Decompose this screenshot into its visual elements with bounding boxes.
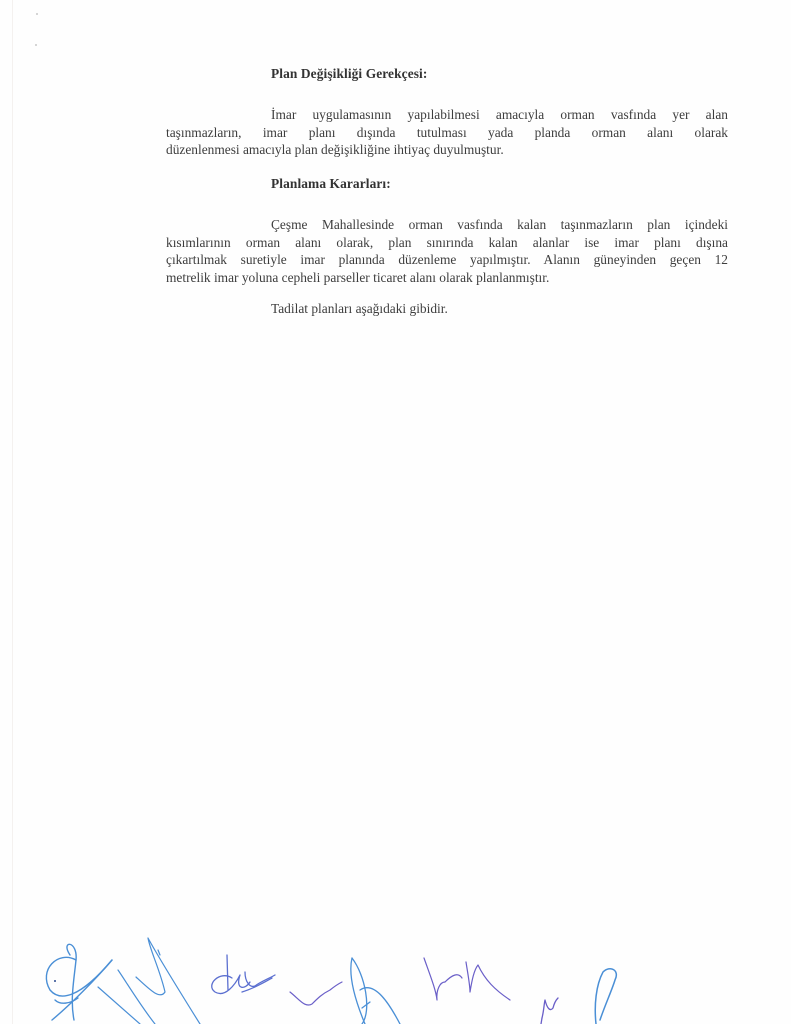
paragraph-line: taşınmazların, imar planı dışında tutulm… bbox=[166, 124, 728, 142]
paragraph-line: metrelik imar yoluna cepheli parseller t… bbox=[166, 269, 728, 287]
signatures-area bbox=[0, 920, 791, 1024]
paragraph-line: Çeşme Mahallesinde orman vasfında kalan … bbox=[166, 216, 728, 234]
section-paragraph-plan-change-rationale: İmar uygulamasının yapılabilmesi amacıyl… bbox=[166, 106, 728, 159]
signature-6 bbox=[424, 958, 510, 1000]
paragraph-line: düzenlenmesi amacıyla plan değişikliğine… bbox=[166, 141, 728, 159]
paragraph-line: İmar uygulamasının yapılabilmesi amacıyl… bbox=[166, 106, 728, 124]
section-paragraph-planning-decisions: Çeşme Mahallesinde orman vasfında kalan … bbox=[166, 216, 728, 286]
signature-7 bbox=[541, 998, 558, 1024]
signature-5 bbox=[351, 958, 400, 1024]
paragraph-line: çıkartılmak suretiyle imar planında düze… bbox=[166, 251, 728, 269]
paragraph-line: kısımlarının orman alanı olarak, plan sı… bbox=[166, 234, 728, 252]
scan-speck bbox=[36, 13, 38, 15]
closing-line: Tadilat planları aşağıdaki gibidir. bbox=[271, 301, 448, 317]
signature-8 bbox=[595, 969, 616, 1024]
signature-1 bbox=[46, 944, 112, 1020]
signature-3 bbox=[212, 955, 275, 994]
section-heading-plan-change-rationale: Plan Değişikliği Gerekçesi: bbox=[271, 66, 427, 82]
scan-speck bbox=[35, 44, 37, 46]
document-page: Plan Değişikliği Gerekçesi: İmar uygulam… bbox=[0, 0, 791, 1024]
signature-4 bbox=[290, 982, 342, 1005]
scan-edge bbox=[12, 0, 13, 1024]
signature-2 bbox=[98, 938, 200, 1024]
section-heading-planning-decisions: Planlama Kararları: bbox=[271, 176, 391, 192]
